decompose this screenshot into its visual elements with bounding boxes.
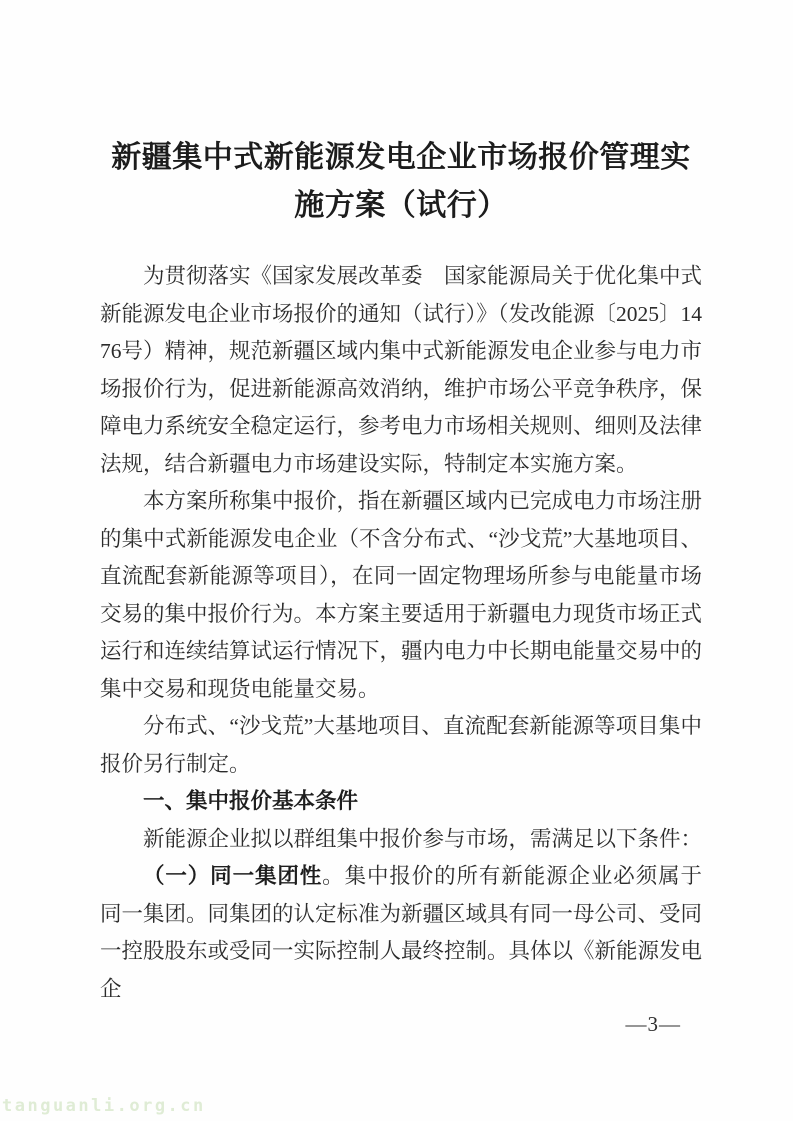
paragraph-intro: 为贯彻落实《国家发展改革委 国家能源局关于优化集中式新能源发电企业市场报价的通知… [100,258,702,483]
document-page: 新疆集中式新能源发电企业市场报价管理实施方案（试行） 为贯彻落实《国家发展改革委… [0,0,793,1121]
paragraph-condition-one: （一）同一集团性。集中报价的所有新能源企业必须属于同一集团。同集团的认定标准为新… [100,858,702,1008]
paragraph-conditions-intro: 新能源企业拟以群组集中报价参与市场，需满足以下条件： [100,821,702,859]
section-heading-basic-conditions: 一、集中报价基本条件 [100,783,702,821]
watermark: tanguanli.org.cn [2,1096,206,1116]
page-number: —3— [626,1012,682,1037]
condition-one-lead: （一）同一集团性 [143,864,322,888]
paragraph-exclusions: 分布式、“沙戈荒”大基地项目、直流配套新能源等项目集中报价另行制定。 [100,708,702,783]
document-content: 新疆集中式新能源发电企业市场报价管理实施方案（试行） 为贯彻落实《国家发展改革委… [100,134,702,1008]
paragraph-definition: 本方案所称集中报价，指在新疆区域内已完成电力市场注册的集中式新能源发电企业（不含… [100,483,702,708]
document-title: 新疆集中式新能源发电企业市场报价管理实施方案（试行） [100,134,702,230]
